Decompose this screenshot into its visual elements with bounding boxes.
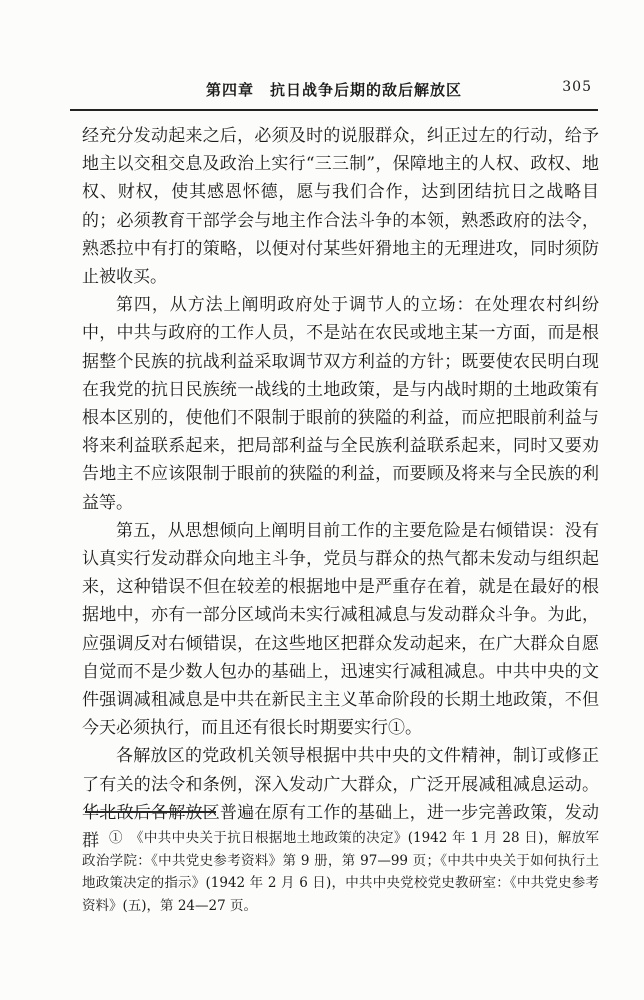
body-paragraph: 第四，从方法上阐明政府处于调节人的立场：在处理农村纠纷中，中共与政府的工作人员，… (82, 291, 599, 517)
footnote-rule-divider (85, 811, 216, 813)
body-paragraph: 经充分发动起来之后，必须及时的说服群众，纠正过左的行动，给予地主以交租交息及政治… (82, 122, 599, 291)
body-text: 经充分发动起来之后，必须及时的说服群众，纠正过左的行动，给予地主以交租交息及政治… (82, 122, 599, 855)
running-header: 第四章 抗日战争后期的敌后解放区 305 (70, 79, 598, 101)
page-number: 305 (562, 79, 592, 95)
footnote-text: ① 《中共中央关于抗日根据地土地政策的决定》(1942 年 1 月 28 日)，… (82, 827, 599, 917)
footnote-area: ① 《中共中央关于抗日根据地土地政策的决定》(1942 年 1 月 28 日)，… (82, 827, 599, 917)
body-paragraph: 第五，从思想倾向上阐明目前工作的主要危险是右倾错误：没有认真实行发动群众向地主斗… (82, 517, 599, 743)
book-page: 第四章 抗日战争后期的敌后解放区 305 经充分发动起来之后，必须及时的说服群众… (0, 0, 644, 1000)
header-rule-divider (70, 109, 598, 111)
chapter-title: 第四章 抗日战争后期的敌后解放区 (70, 79, 598, 100)
